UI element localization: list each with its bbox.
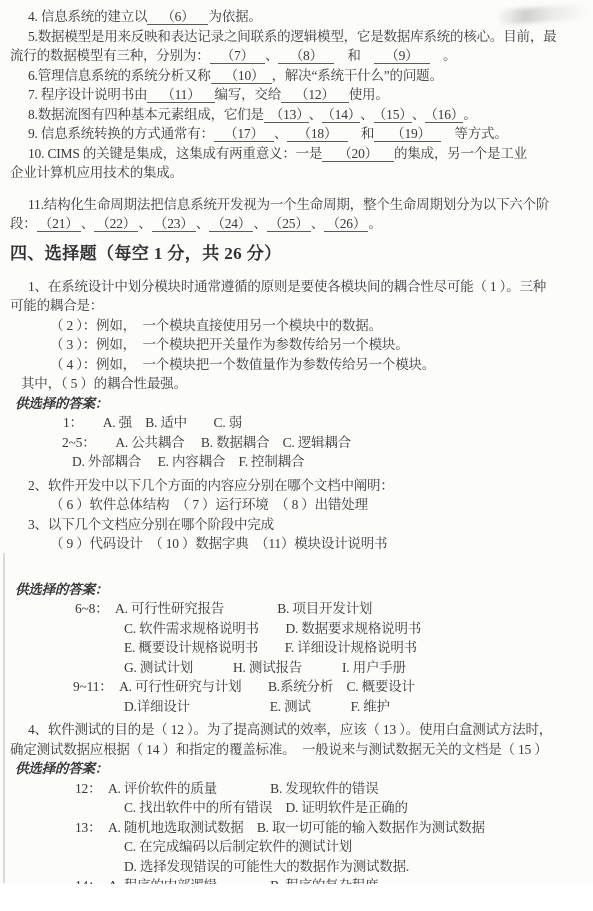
text-run: 企业计算机应用技术的集成。: [10, 165, 183, 180]
blank-field: （20）: [322, 146, 394, 162]
text-run: 6.管理信息系统的系统分析又称: [28, 68, 211, 83]
text-run: 。: [368, 216, 381, 231]
fill-item-11-line-1: 11.结构化生命周期法把信息系统开发视为一个生命周期，整个生命周期划分为以下六个…: [28, 195, 593, 215]
q3-items: （ 9 ）代码设计 （ 10 ）数据字典 （11）模块设计说明书: [50, 534, 593, 554]
options-6-8-line-1: 6~8： A. 可行性研究报告 B. 项目开发计划: [75, 599, 593, 619]
options-6-8-line-3: E. 概要设计规格说明书 F. 详细设计规格说明书: [124, 638, 593, 658]
section-heading: 四、选择题（每空 1 分，共 26 分）: [10, 240, 593, 267]
blank-field: （12）: [281, 87, 349, 103]
q1-def-2: （ 2 ）：例如， 一个模块直接使用另一个模块中的数据。: [50, 316, 593, 336]
text-run: 、: [274, 126, 287, 141]
blank-field: （23）: [152, 216, 196, 232]
blank-field: （14）: [322, 107, 360, 123]
options-2-5-line-2: D. 外部耦合 E. 内容耦合 F. 控制耦合: [72, 452, 593, 472]
text-run: 为依据。: [208, 9, 261, 24]
blank-field: （10）: [211, 68, 272, 84]
text-run: 、: [309, 107, 322, 122]
q1-def-4: （ 4 ）：例如， 一个模块把一个数值量作为参数传给另一个模块。: [50, 355, 593, 375]
q1-line-5: 其中，（ 5 ）的耦合性最强。: [21, 374, 593, 394]
text-run: 和: [348, 126, 375, 141]
text-run: 5.数据模型是用来反映和表达记录之间联系的逻辑模型，它是数据库系统的核心。目前，…: [28, 29, 556, 44]
text-run: 段：: [10, 216, 37, 231]
text-run: 。: [463, 107, 476, 122]
blank-field: （26）: [324, 216, 368, 232]
options-13-line-1: 13： A. 随机地选取测试数据 B. 取一切可能的输入数据作为测试数据: [75, 818, 593, 838]
fill-item-5-line-2: 流行的数据模型有三种，分别为：（7）、（8） 和 （9） 。: [10, 46, 593, 66]
options-1: 1： A. 强 B. 适中 C. 弱: [63, 413, 593, 433]
blank-field: （22）: [94, 216, 138, 232]
text-run: 12： A. 评价软件的质量 B. 发现软件的错误: [75, 781, 378, 796]
text-run: 。: [430, 48, 457, 63]
blank-field: （13）: [264, 107, 309, 123]
text-run: 的集成，另一个是工业: [394, 146, 527, 161]
text-run: 和: [334, 48, 374, 63]
text-run: （ 3 ）：例如， 一个模块把开关量作为参数传给另一个模块。: [50, 337, 409, 352]
text-run: 等方式。: [441, 126, 508, 141]
fill-item-9: 9. 信息系统转换的方式通常有：（17）、（18） 和（19） 等方式。: [28, 124, 593, 144]
text-run: 其中，（ 5 ）的耦合性最强。: [21, 376, 187, 391]
fill-item-11-line-2: 段：（21）、（22）、（23）、（24）、（25）、（26）。: [10, 214, 593, 234]
text-run: 、: [81, 216, 94, 231]
text-run: 、: [360, 107, 373, 122]
page-bottom-margin: [0, 884, 593, 911]
blank-field: （15）: [374, 107, 412, 123]
fill-item-5-line-1: 5.数据模型是用来反映和表达记录之间联系的逻辑模型，它是数据库系统的核心。目前，…: [28, 27, 593, 47]
text-run: 2~5： A. 公共耦合 B. 数据耦合 C. 逻辑耦合: [62, 435, 351, 450]
text-run: 、: [311, 216, 324, 231]
blank-field: （8）: [278, 48, 334, 64]
text-run: D. 外部耦合 E. 内容耦合 F. 控制耦合: [72, 454, 304, 469]
exam-page: 4. 信息系统的建立以（6）为依据。5.数据模型是用来反映和表达记录之间联系的逻…: [0, 0, 593, 911]
q2-items: （ 6 ）软件总体结构 （ 7 ）运行环境 （ 8 ）出错处理: [50, 495, 593, 515]
options-12-line-1: 12： A. 评价软件的质量 B. 发现软件的错误: [75, 779, 593, 799]
fill-item-10-line-1: 10. CIMS 的关键是集成，这集成有两重意义：一是（20）的集成，另一个是工…: [28, 144, 593, 164]
blank-field: （11）: [147, 87, 214, 103]
text-run: C. 找出软件中的所有错误 D. 证明软件是正确的: [124, 800, 408, 815]
text-run: ，解决“系统干什么”的问题。: [272, 68, 443, 83]
fill-item-7: 7. 程序设计说明书由（11）编写，交给（12）使用。: [28, 85, 593, 105]
q4-line-2: 确定测试数据应根据（ 14 ）和指定的覆盖标准。 一般说来与测试数据无关的文档是…: [10, 740, 593, 760]
text-run: 、: [253, 216, 266, 231]
text-run: 13： A. 随机地选取测试数据 B. 取一切可能的输入数据作为测试数据: [75, 820, 485, 835]
text-run: 流行的数据模型有三种，分别为：: [10, 48, 210, 63]
text-run: D.详细设计 E. 测试 F. 维护: [124, 699, 390, 714]
blank-field: （24）: [209, 216, 253, 232]
options-13-line-3: D. 选择发现错误的可能性大的数据作为测试数据.: [124, 857, 593, 877]
text-run: （ 6 ）软件总体结构 （ 7 ）运行环境 （ 8 ）出错处理: [50, 497, 368, 512]
answers-label-1: 供选择的答案：: [15, 394, 593, 414]
text-run: （ 9 ）代码设计 （ 10 ）数据字典 （11）模块设计说明书: [50, 536, 387, 551]
fill-item-4: 4. 信息系统的建立以（6）为依据。: [28, 7, 593, 27]
options-9-11-line-2: D.详细设计 E. 测试 F. 维护: [124, 697, 593, 717]
text-run: 4、软件测试的目的是（ 12 ）。为了提高测试的效率，应该（ 13 ）。使用白盒…: [28, 722, 552, 737]
blank-field: （7）: [210, 48, 266, 64]
text-run: E. 概要设计规格说明书 F. 详细设计规格说明书: [124, 640, 417, 655]
text-run: 可能的耦合是：: [10, 298, 103, 313]
text-run: 、: [196, 216, 209, 231]
blank-field: （6）: [147, 9, 208, 25]
text-run: 、: [138, 216, 151, 231]
document-body: 4. 信息系统的建立以（6）为依据。5.数据模型是用来反映和表达记录之间联系的逻…: [0, 0, 593, 911]
text-run: 、: [412, 107, 425, 122]
text-run: 1： A. 强 B. 适中 C. 弱: [63, 415, 242, 430]
fill-item-8: 8.数据流图有四种基本元素组成，它们是（13）、（14）、（15）、（16）。: [28, 105, 593, 125]
text-run: 供选择的答案：: [15, 761, 108, 776]
text-run: 3、以下几个文档应分别在哪个阶段中完成: [28, 517, 274, 532]
text-run: 7. 程序设计说明书由: [28, 87, 147, 102]
text-run: G. 测试计划 H. 测试报告 I. 用户手册: [124, 660, 406, 675]
text-run: 11.结构化生命周期法把信息系统开发视为一个生命周期，整个生命周期划分为以下六个…: [28, 197, 549, 212]
answers-label-2: 供选择的答案：: [15, 580, 593, 600]
q2-line-1: 2、软件开发中以下几个方面的内容应分别在哪个文档中阐明：: [28, 476, 593, 496]
options-6-8-line-2: C. 软件需求规格说明书 D. 数据要求规格说明书: [124, 619, 593, 639]
text-run: 四、选择题（每空 1 分，共 26 分）: [10, 244, 282, 263]
text-run: 1、在系统设计中划分模块时通常遵循的原则是要使各模块间的耦合性尽可能（ 1 ）。…: [28, 279, 546, 294]
blank-field: （9）: [374, 48, 430, 64]
text-run: 8.数据流图有四种基本元素组成，它们是: [28, 107, 264, 122]
text-run: 使用。: [349, 87, 389, 102]
text-run: （ 2 ）：例如， 一个模块直接使用另一个模块中的数据。: [50, 318, 382, 333]
text-run: （ 4 ）：例如， 一个模块把一个数值量作为参数传给另一个模块。: [50, 357, 435, 372]
blank-field: （25）: [267, 216, 311, 232]
text-run: 编写，交给: [215, 87, 282, 102]
options-12-line-2: C. 找出软件中的所有错误 D. 证明软件是正确的: [124, 798, 593, 818]
q3-line-1: 3、以下几个文档应分别在哪个阶段中完成: [28, 515, 593, 535]
blank-field: （21）: [37, 216, 81, 232]
text-run: 供选择的答案：: [15, 396, 108, 411]
options-2-5-line-1: 2~5： A. 公共耦合 B. 数据耦合 C. 逻辑耦合: [62, 433, 593, 453]
options-6-8-line-4: G. 测试计划 H. 测试报告 I. 用户手册: [124, 658, 593, 678]
text-run: 4. 信息系统的建立以: [28, 9, 147, 24]
q4-line-1: 4、软件测试的目的是（ 12 ）。为了提高测试的效率，应该（ 13 ）。使用白盒…: [28, 720, 593, 740]
fill-item-10-line-2: 企业计算机应用技术的集成。: [10, 163, 593, 183]
options-13-line-2: C. 在完成编码以后制定软件的测试计划: [124, 837, 593, 857]
answers-label-3: 供选择的答案：: [15, 759, 593, 779]
blank-field: （19）: [374, 126, 441, 142]
q1-def-3: （ 3 ）：例如， 一个模块把开关量作为参数传给另一个模块。: [50, 335, 593, 355]
q1-line-1: 1、在系统设计中划分模块时通常遵循的原则是要使各模块间的耦合性尽可能（ 1 ）。…: [28, 277, 593, 297]
text-run: D. 选择发现错误的可能性大的数据作为测试数据.: [124, 859, 409, 874]
text-run: 9~11： A. 可行性研究与计划 B.系统分析 C. 概要设计: [73, 679, 415, 694]
text-run: 6~8： A. 可行性研究报告 B. 项目开发计划: [75, 601, 372, 616]
text-run: 10. CIMS 的关键是集成，这集成有两重意义：一是: [28, 146, 322, 161]
text-run: 、: [265, 48, 278, 63]
blank-field: （17）: [214, 126, 274, 142]
text-run: 确定测试数据应根据（ 14 ）和指定的覆盖标准。 一般说来与测试数据无关的文档是…: [10, 742, 548, 757]
fill-item-6: 6.管理信息系统的系统分析又称（10），解决“系统干什么”的问题。: [28, 66, 593, 86]
text-run: 9. 信息系统转换的方式通常有：: [28, 126, 214, 141]
text-run: C. 在完成编码以后制定软件的测试计划: [124, 839, 352, 854]
text-run: 2、软件开发中以下几个方面的内容应分别在哪个文档中阐明：: [28, 478, 394, 493]
blank-field: （18）: [287, 126, 347, 142]
blank-field: （16）: [425, 107, 463, 123]
text-run: 供选择的答案：: [15, 582, 108, 597]
text-run: C. 软件需求规格说明书 D. 数据要求规格说明书: [124, 621, 421, 636]
q1-line-2: 可能的耦合是：: [10, 296, 593, 316]
options-9-11-line-1: 9~11： A. 可行性研究与计划 B.系统分析 C. 概要设计: [73, 677, 593, 697]
